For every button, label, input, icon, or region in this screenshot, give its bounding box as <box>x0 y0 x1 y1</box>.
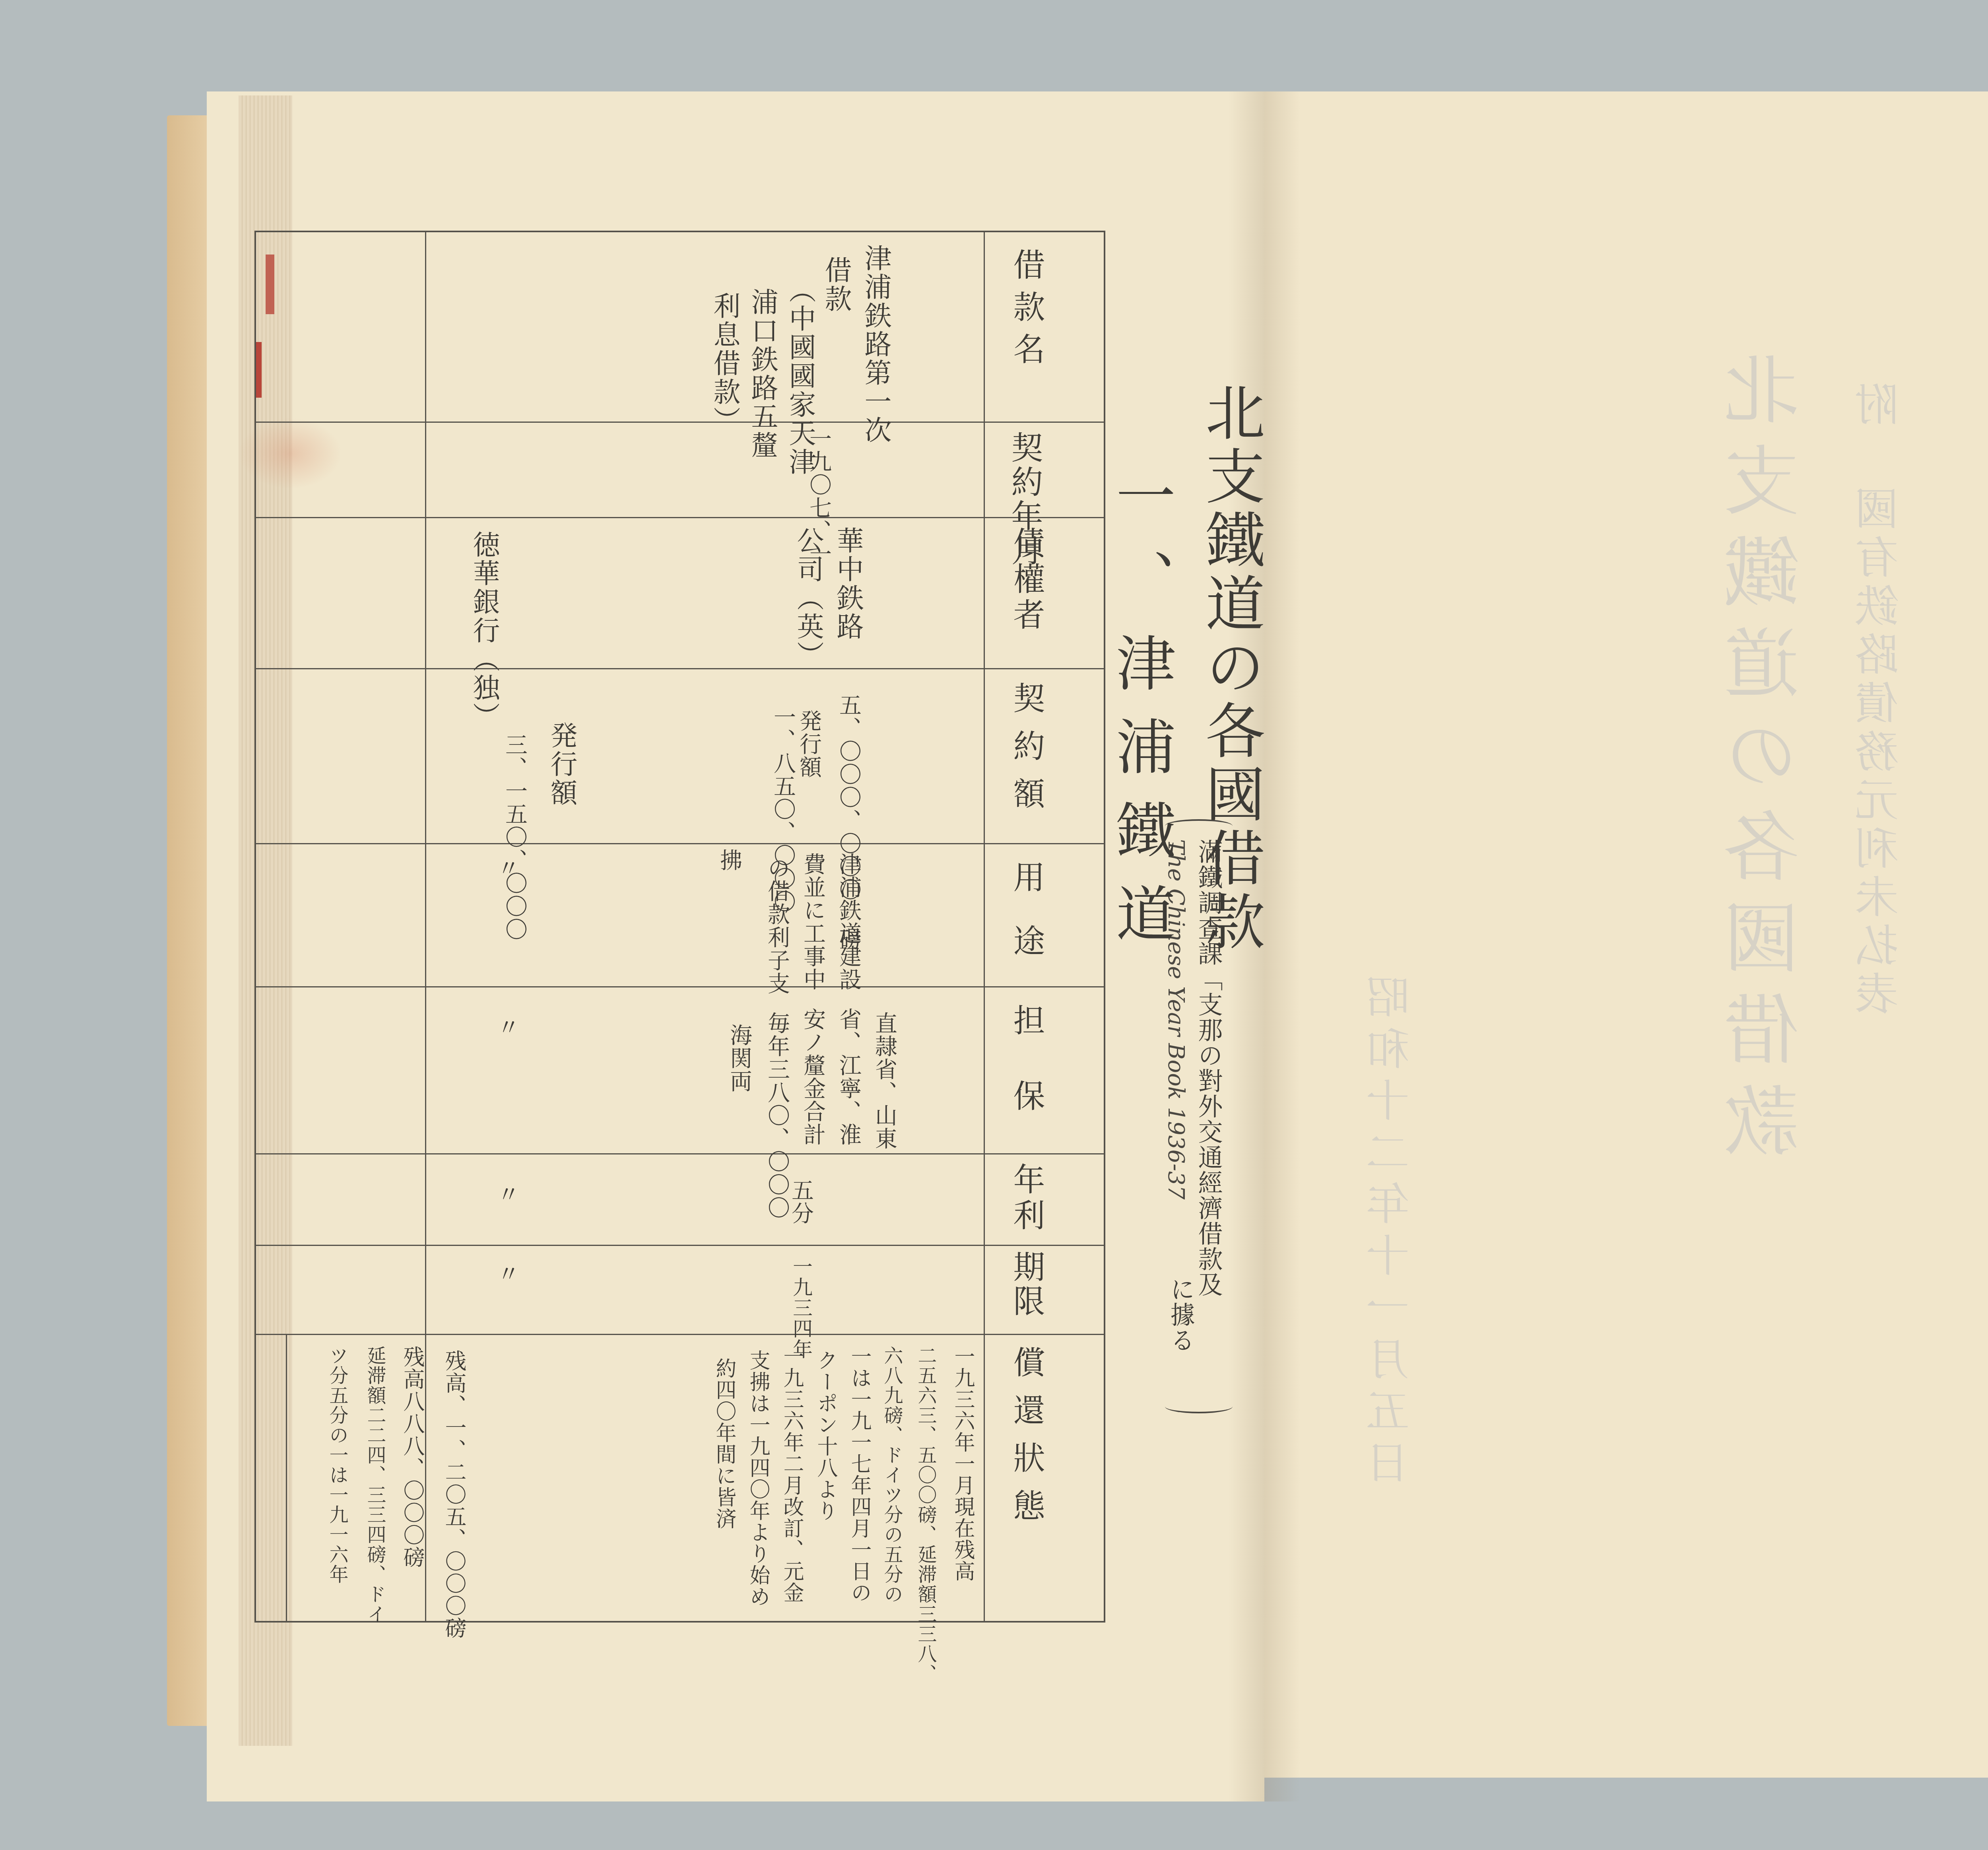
bleed-through-date: 昭和十二年十一月五日 <box>1360 974 1423 1491</box>
purpose-ditto: 〃 <box>491 857 522 880</box>
header-interest: 年利 <box>1004 1163 1049 1234</box>
repayment-1-line-1: 一九三六年一月現在残高 <box>948 1346 978 1582</box>
row-line-3 <box>256 668 1104 669</box>
repayment-1-line-7: 支拂は一九四〇年より始め <box>743 1350 773 1607</box>
bleed-through-subtitle: 附 國有鉄路債務元利未払表 <box>1849 382 1912 1020</box>
creditor-1-line-1: 華中鉄路 <box>829 527 867 641</box>
issue-label-2: 発行額 <box>542 721 581 807</box>
header-column-divider <box>984 232 985 1621</box>
row-line-6 <box>256 1153 1104 1154</box>
security-line-5: 海関両 <box>723 1024 755 1093</box>
term-ditto: 〃 <box>491 1262 522 1285</box>
header-creditor: 債權者 <box>1004 527 1049 634</box>
purpose-line-4: 拂 <box>713 849 745 872</box>
repayment-1-line-2: 二五六三、五〇〇磅、延滞額三三八、 <box>912 1346 940 1684</box>
security-line-3: 安ノ釐金合計 <box>797 1008 829 1146</box>
source-note-jp: 滿鐵調查課「支那の對外交通經濟借款及 <box>1191 839 1226 1297</box>
issue-amount-2: 三、一五〇、〇〇〇 <box>499 733 530 941</box>
repayment-3-line-2: 延滞額二二四、三三四磅、ドイ <box>361 1346 389 1624</box>
loan-name-line-4: 浦口鉄路五釐 <box>743 288 782 460</box>
row-line-1 <box>256 422 1104 423</box>
section-heading: 一、津浦鐵道 <box>1097 465 1183 966</box>
loan-table: 借款名 契約年月 債權者 契約額 用途 担保 年利 期限 償還狀態 津浦鉄路第一… <box>254 231 1105 1623</box>
security-ditto: 〃 <box>491 1016 522 1039</box>
repayment-1-line-6: 一九三六年二月改訂、元金 <box>777 1346 807 1603</box>
column-divider-3-bottom <box>286 1334 287 1621</box>
purpose-line-2: 費並に工事中 <box>797 853 829 991</box>
source-paren-close <box>1165 1400 1233 1413</box>
purpose-line-3: の借款利子支 <box>761 857 793 995</box>
loan-name-line-1: 津浦鉄路第一次 <box>856 244 895 445</box>
header-repayment-status: 償還狀態 <box>1004 1346 1049 1537</box>
header-term: 期限 <box>1004 1250 1049 1319</box>
repayment-3-line-1: 残高八八八、〇〇〇磅 <box>397 1346 428 1568</box>
interest-rate: 五分 <box>785 1179 817 1225</box>
creditor-1-line-2: 公司（英） <box>789 527 827 670</box>
header-purpose: 用途 <box>1004 861 1049 988</box>
loan-name-line-2: 借款 <box>817 256 855 313</box>
header-loan-name: 借款名 <box>1004 248 1049 375</box>
repayment-1-line-4: 一は一九一七年四月一日の <box>845 1346 874 1603</box>
security-line-1: 直隷省、山東 <box>868 1012 900 1150</box>
row-line-4 <box>256 843 1104 844</box>
purpose-line-1: 津浦鉄道建設 <box>833 853 864 991</box>
repayment-1-line-8: 約四〇年間に皆済 <box>709 1358 739 1529</box>
repayment-1-line-5: クーポン十八より <box>811 1350 841 1522</box>
header-security: 担保 <box>1004 1004 1049 1155</box>
repayment-2-line-1: 残高、一、二〇五、〇〇〇磅 <box>439 1350 470 1639</box>
repayment-3-line-3: ツ分五分の一は一九一六年 <box>324 1346 351 1584</box>
security-line-2: 省、江寧、淮 <box>833 1008 864 1146</box>
interest-ditto: 〃 <box>491 1183 522 1206</box>
header-contract-amount: 契約額 <box>1004 682 1049 825</box>
bleed-through-title: 北支鐵道の各國借款 <box>1714 350 1822 1173</box>
source-note-suffix: に據る <box>1163 1277 1198 1353</box>
loan-name-line-5: 利息借款） <box>705 292 744 435</box>
repayment-1-line-3: 六八九磅、ドイツ分の五分の <box>878 1346 906 1604</box>
row-line-5 <box>256 986 1104 987</box>
row-line-2 <box>256 517 1104 518</box>
row-line-7 <box>256 1245 1104 1246</box>
row-line-8 <box>256 1334 1104 1335</box>
creditor-2: 徳華銀行（独） <box>465 531 503 731</box>
term-year: 一九三四年 <box>787 1256 815 1360</box>
